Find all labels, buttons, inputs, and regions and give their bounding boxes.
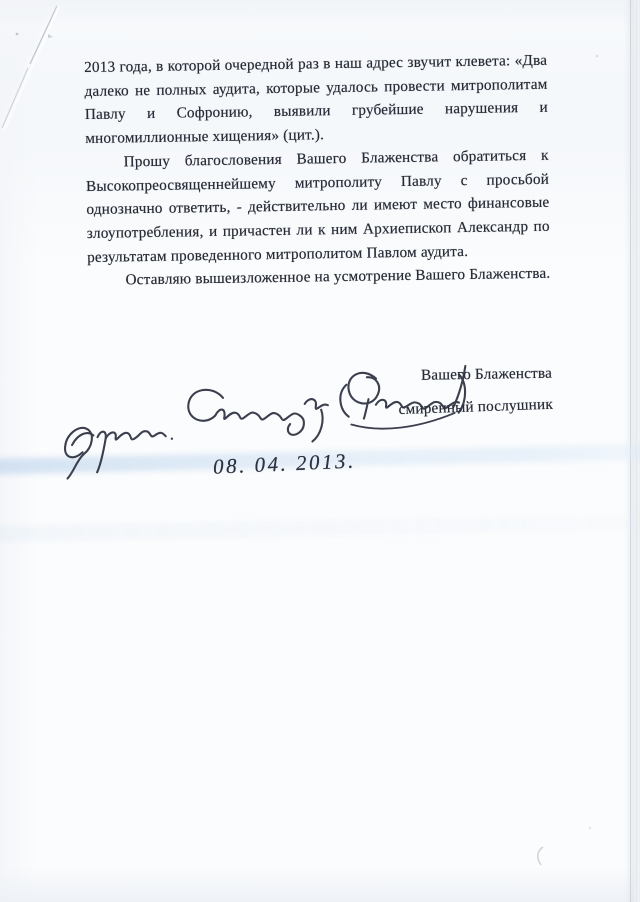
paragraph-1: 2013 года, в которой очередной раз в наш… (84, 49, 548, 151)
scanned-letter-page: 2013 года, в которой очередной раз в наш… (0, 0, 640, 902)
signature-stroke (304, 398, 328, 410)
dust-speck (48, 34, 53, 38)
scan-blue-band-faint (0, 514, 640, 542)
signature-stroke (376, 394, 460, 413)
paragraph-2: Прошу благословения Вашего Блаженства об… (85, 144, 550, 270)
signature-stroke (339, 385, 348, 417)
dust-speck (16, 33, 19, 36)
signature-stroke (347, 372, 380, 405)
signature-stroke (456, 374, 467, 412)
signature-stroke (310, 410, 324, 442)
dust-speck (589, 827, 591, 829)
signature-stroke (287, 415, 305, 435)
signature-stroke (105, 429, 165, 442)
signature-stroke (363, 399, 370, 418)
stray-curve-mark (533, 845, 549, 867)
signature-stroke (171, 437, 174, 440)
signature-stroke (215, 404, 300, 425)
signature-stroke (351, 413, 456, 431)
signature-stroke (187, 389, 224, 422)
dust-speck (596, 55, 599, 58)
